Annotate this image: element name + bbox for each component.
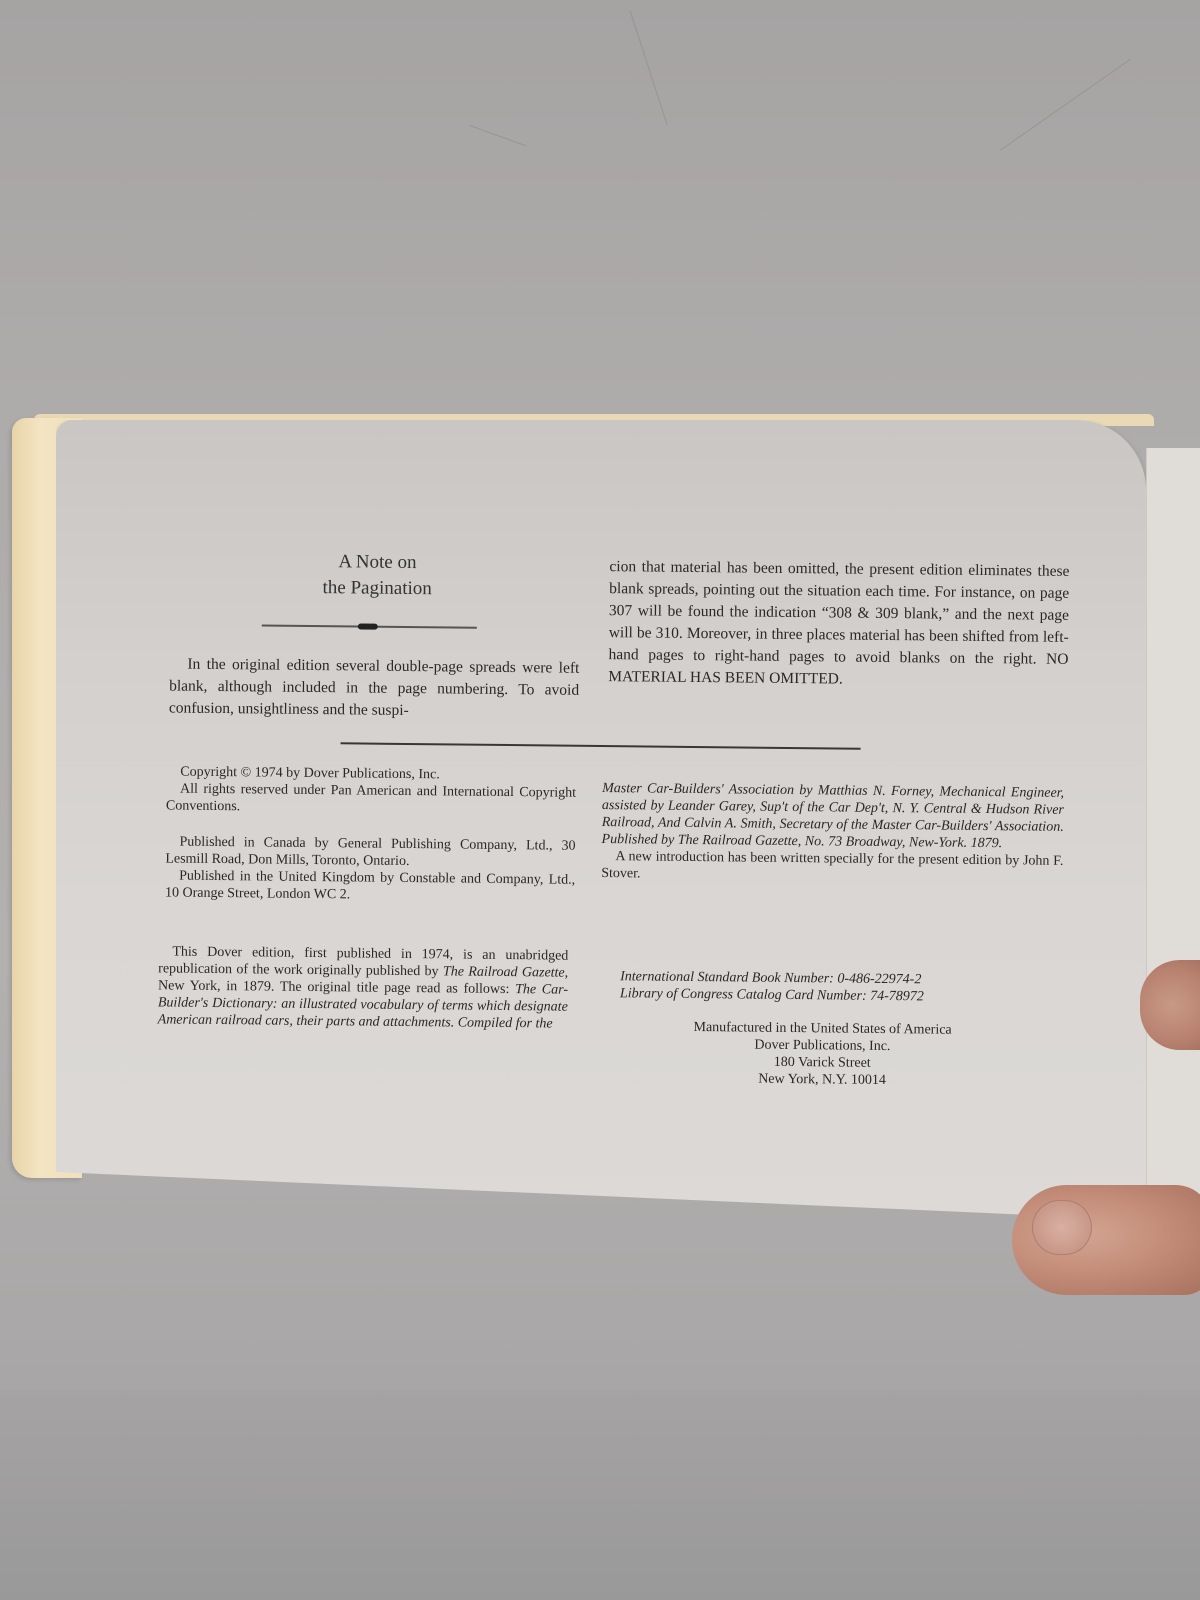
rights-reserved-line: All rights reserved under Pan American a… — [166, 780, 576, 818]
title-continued-block: Master Car-Builders' Association by Matt… — [601, 780, 1064, 887]
dover-edition-block: This Dover edition, first published in 1… — [158, 943, 569, 1032]
note-paragraph-right: cion that material has been omitted, the… — [608, 556, 1069, 693]
section-divider — [341, 742, 861, 749]
note-heading-line2: the Pagination — [272, 575, 482, 603]
identifiers-block: International Standard Book Number: 0-48… — [620, 968, 1040, 1006]
lccn-line: Library of Congress Catalog Card Number:… — [620, 985, 1040, 1006]
manufacture-block: Manufactured in the United States of Ame… — [607, 1018, 1038, 1090]
railroad-gazette-title: The Railroad Gazette — [443, 964, 565, 980]
new-introduction-note: A new introduction has been written spec… — [601, 848, 1063, 887]
published-uk: Published in the United Kingdom by Const… — [165, 867, 575, 905]
ornamental-rule-center — [358, 623, 378, 629]
copyright-block: Copyright © 1974 by Dover Publications, … — [166, 763, 577, 818]
dover-edition-paragraph: This Dover edition, first published in 1… — [158, 943, 569, 1032]
note-heading-line1: A Note on — [272, 549, 482, 577]
publishing-block: Published in Canada by General Publishin… — [165, 833, 576, 905]
note-heading: A Note on the Pagination — [272, 549, 483, 603]
thumbnail-nail — [1032, 1200, 1092, 1255]
original-title-continued: Master Car-Builders' Association by Matt… — [601, 780, 1064, 853]
page-content: A Note on the Pagination In the original… — [0, 0, 1200, 1600]
note-paragraph-left: In the original edition several double-p… — [169, 653, 580, 723]
publisher-city: New York, N.Y. 10014 — [607, 1069, 1037, 1091]
published-canada: Published in Canada by General Publishin… — [165, 833, 575, 871]
